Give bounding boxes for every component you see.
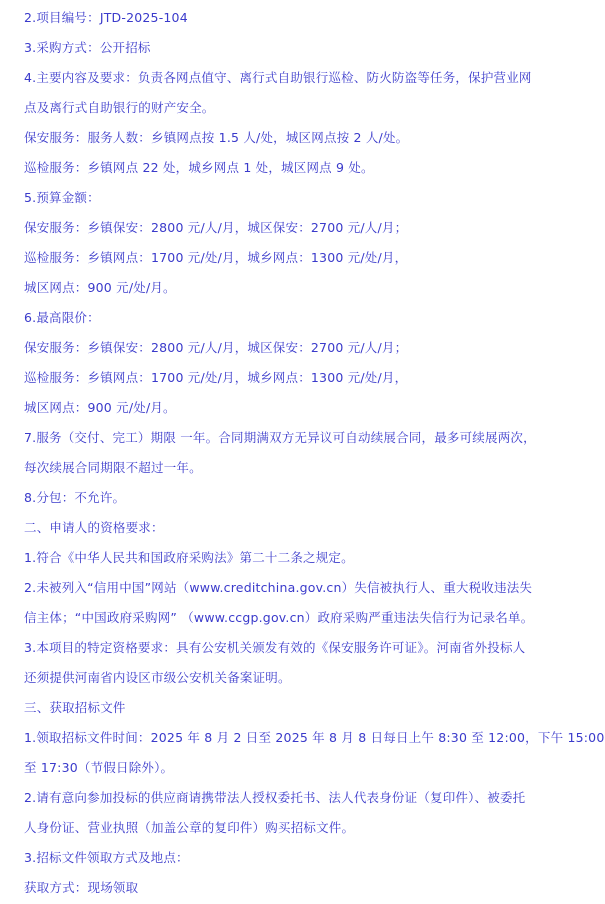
required-materials-line-1: 2.请有意向参加投标的供应商请携带法人授权委托书、法人代表身份证（复印件）、被委… xyxy=(24,790,525,806)
budget-heading: 5.预算金额： xyxy=(24,190,100,206)
qualification-item-3-line-2: 还须提供河南省内设区市级公安机关备案证明。 xyxy=(24,670,291,686)
qualification-item-2-line-2: 信主体；“中国政府采购网” （www.ccgp.gov.cn）政府采购严重违法失… xyxy=(24,610,533,626)
patrol-service-sites: 巡检服务：乡镇网点 22 处，城乡网点 1 处，城区网点 9 处。 xyxy=(24,160,374,176)
budget-security-service: 保安服务：乡镇保安：2800 元/人/月，城区保安：2700 元/人/月； xyxy=(24,220,407,236)
qualification-item-3-line-1: 3.本项目的特定资格要求：具有公安机关颁发有效的《保安服务许可证》。河南省外投标… xyxy=(24,640,525,656)
required-materials-line-2: 人身份证、营业执照（加盖公章的复印件）购买招标文件。 xyxy=(24,820,354,836)
security-service-staffing: 保安服务：服务人数：乡镇网点按 1.5 人/处，城区网点按 2 人/处。 xyxy=(24,130,408,146)
obtain-method: 获取方式：现场领取 xyxy=(24,880,138,896)
obtain-time-line-2: 至 17:30（节假日除外）。 xyxy=(24,760,173,776)
subcontracting: 8.分包：不允许。 xyxy=(24,490,125,506)
qualification-item-1: 1.符合《中华人民共和国政府采购法》第二十二条之规定。 xyxy=(24,550,354,566)
obtain-documents-heading: 三、获取招标文件 xyxy=(24,700,126,716)
service-period-line-2: 每次续展合同期限不超过一年。 xyxy=(24,460,202,476)
max-price-heading: 6.最高限价： xyxy=(24,310,100,326)
obtain-time-line-1: 1.领取招标文件时间：2025 年 8 月 2 日至 2025 年 8 月 8 … xyxy=(24,730,604,746)
project-number: 2.项目编号：JTD-2025-104 xyxy=(24,10,188,26)
max-price-urban-sites: 城区网点：900 元/处/月。 xyxy=(24,400,176,416)
max-price-security-service: 保安服务：乡镇保安：2800 元/人/月，城区保安：2700 元/人/月； xyxy=(24,340,407,356)
max-price-patrol-service: 巡检服务：乡镇网点：1700 元/处/月，城乡网点：1300 元/处/月， xyxy=(24,370,407,386)
budget-urban-sites: 城区网点：900 元/处/月。 xyxy=(24,280,176,296)
obtain-method-heading: 3.招标文件领取方式及地点： xyxy=(24,850,189,866)
budget-patrol-service: 巡检服务：乡镇网点：1700 元/处/月，城乡网点：1300 元/处/月， xyxy=(24,250,407,266)
qualification-item-2-line-1: 2.未被列入“信用中国”网站（www.creditchina.gov.cn）失信… xyxy=(24,580,532,596)
qualification-heading: 二、申请人的资格要求： xyxy=(24,520,164,536)
main-content-line-2: 点及离行式自助银行的财产安全。 xyxy=(24,100,215,116)
main-content-line-1: 4.主要内容及要求：负责各网点值守、离行式自助银行巡检、防火防盗等任务，保护营业… xyxy=(24,70,532,86)
service-period-line-1: 7.服务（交付、完工）期限 一年。合同期满双方无异议可自动续展合同，最多可续展两… xyxy=(24,430,536,446)
procurement-method: 3.采购方式：公开招标 xyxy=(24,40,151,56)
